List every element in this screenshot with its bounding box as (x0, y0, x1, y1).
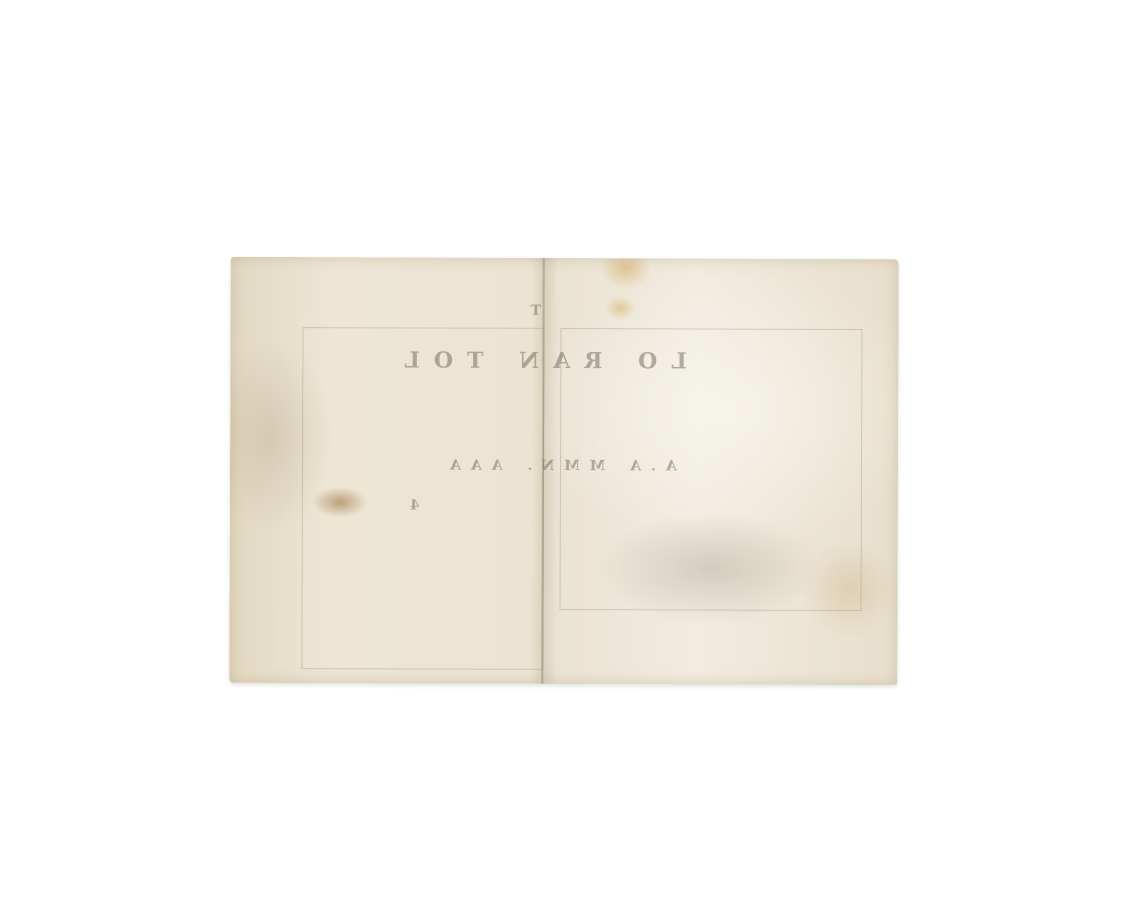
faint-text-line2: T (521, 303, 541, 319)
faint-text-line1: LO RAN TOL (390, 347, 687, 374)
left-frame (301, 327, 544, 670)
faint-text-line3: A.A MMN. AAA (440, 458, 677, 475)
paper-note: LO RAN TOL T A.A MMN. AAA 4 (229, 257, 898, 685)
faint-mark: 4 (400, 497, 420, 513)
